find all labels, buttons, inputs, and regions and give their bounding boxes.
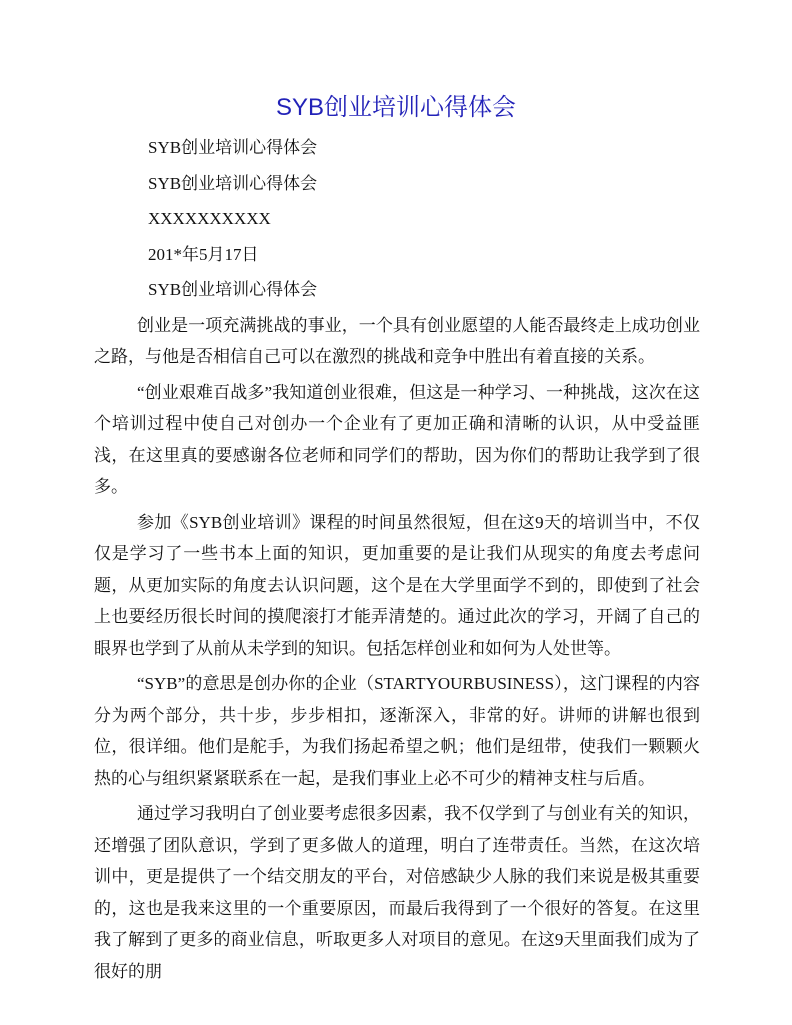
meta-line-date: 201*年5月17日 — [94, 239, 700, 271]
meta-line: SYB创业培训心得体会 — [94, 274, 700, 306]
meta-line: SYB创业培训心得体会 — [94, 168, 700, 200]
document-title: SYB创业培训心得体会 — [0, 92, 792, 124]
body-paragraph: “SYB”的意思是创办你的企业（STARTYOURBUSINESS），这门课程的… — [94, 668, 700, 794]
body-paragraph: 参加《SYB创业培训》课程的时间虽然很短，但在这9天的培训当中，不仅仅是学习了一… — [94, 507, 700, 665]
document-body: SYB创业培训心得体会 SYB创业培训心得体会 XXXXXXXXXX 201*年… — [94, 132, 700, 987]
document-page: SYB创业培训心得体会 SYB创业培训心得体会 SYB创业培训心得体会 XXXX… — [0, 0, 792, 1025]
meta-line: SYB创业培训心得体会 — [94, 132, 700, 164]
body-paragraph: “创业艰难百战多”我知道创业很难，但这是一种学习、一种挑战，这次在这个培训过程中… — [94, 377, 700, 503]
body-paragraph: 通过学习我明白了创业要考虑很多因素，我不仅学到了与创业有关的知识，还增强了团队意… — [94, 798, 700, 987]
body-paragraph: 创业是一项充满挑战的事业，一个具有创业愿望的人能否最终走上成功创业之路，与他是否… — [94, 310, 700, 373]
meta-line-placeholder-name: XXXXXXXXXX — [94, 203, 700, 235]
